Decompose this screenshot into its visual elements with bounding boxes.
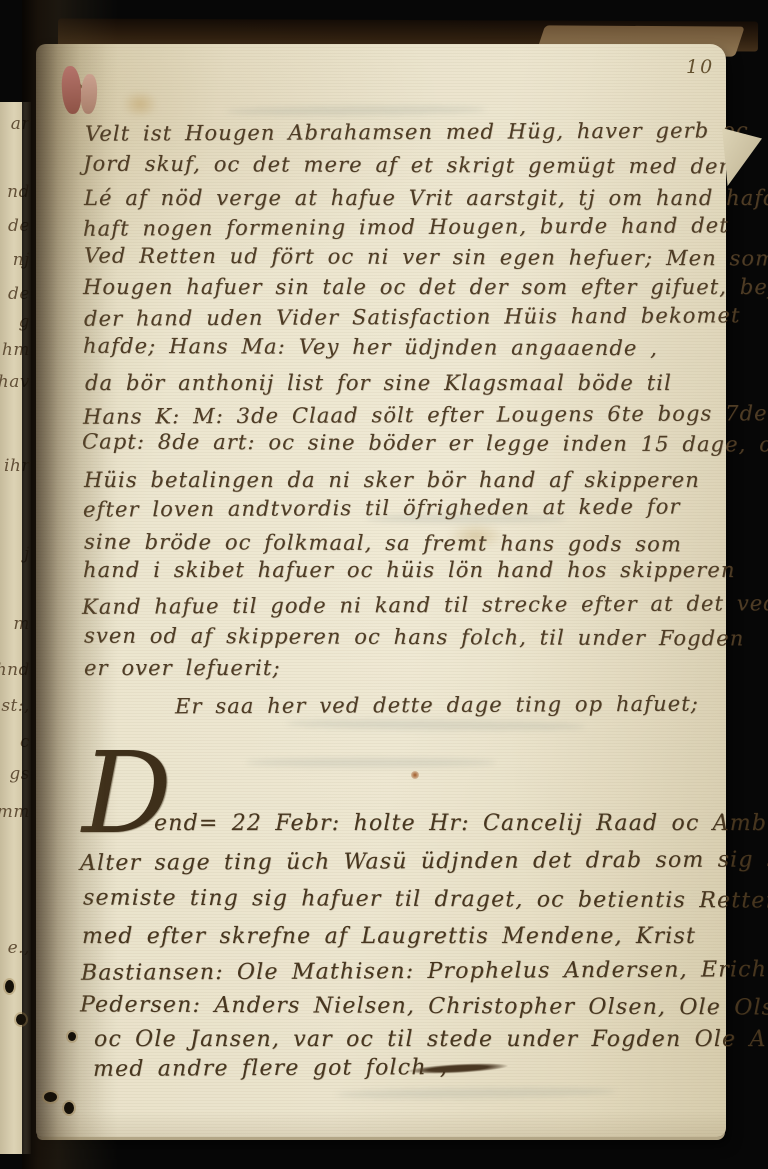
manuscript-line: sven od af skipperen oc hans folch, til … bbox=[84, 625, 744, 651]
manuscript-line: da bör anthonij list for sine Klagsmaal … bbox=[85, 372, 672, 395]
manuscript-line: Kand hafue til gode ni kand til strecke … bbox=[82, 592, 768, 619]
page-number: 10 bbox=[686, 58, 714, 77]
margin-fragment: hnd bbox=[0, 662, 30, 679]
manuscript-line: er over lefuerit; bbox=[84, 657, 281, 680]
manuscript-line: efter loven andtvordis til öfrigheden at… bbox=[83, 495, 681, 521]
manuscript-line: Lé af nöd verge at hafue Vrit aarstgit, … bbox=[84, 187, 768, 210]
wormhole bbox=[5, 980, 14, 993]
wormhole bbox=[68, 1032, 76, 1041]
margin-fragment: ihr bbox=[4, 458, 30, 475]
manuscript-line: Alter sage ting üch Wasü üdjnden det dra… bbox=[80, 848, 768, 876]
margin-fragment: st:, bbox=[1, 698, 30, 715]
margin-fragment: m bbox=[13, 616, 30, 633]
margin-fragment: de bbox=[8, 218, 30, 235]
manuscript-line: oc Ole Jansen, var oc til stede under Fo… bbox=[94, 1028, 768, 1052]
manuscript-line: Hans K: M: 3de Claad sölt efter Lougens … bbox=[83, 402, 768, 429]
manuscript-line: semiste ting sig hafuer til draget, oc b… bbox=[83, 886, 768, 913]
margin-fragment: gs bbox=[9, 766, 30, 783]
page-corner-curl bbox=[722, 128, 762, 186]
foxing-spot bbox=[411, 771, 419, 779]
manuscript-line: Bastiansen: Ole Mathisen: Prophelus Ande… bbox=[81, 958, 767, 986]
margin-fragment: nd bbox=[7, 184, 30, 201]
manuscript-line: Hougen hafuer sin tale oc det der som ef… bbox=[83, 276, 768, 299]
show-through bbox=[286, 718, 586, 731]
manuscript-line: sine bröde oc folkmaal, sa fremt hans go… bbox=[84, 531, 682, 557]
paper-stain bbox=[122, 90, 158, 118]
scanned-manuscript: ar nd de nj de g hm hav ihr j m hnd st:,… bbox=[0, 0, 768, 1169]
margin-fragment: nj bbox=[13, 252, 30, 269]
margin-fragment: c bbox=[20, 734, 30, 751]
manuscript-line: haft nogen formening imod Hougen, burde … bbox=[83, 214, 729, 240]
margin-fragment: ar bbox=[11, 116, 30, 133]
closing-line: Er saa her ved dette dage ting op hafuet… bbox=[175, 693, 699, 719]
manuscript-line: med andre flere got folch , bbox=[93, 1056, 448, 1082]
manuscript-line: Ved Retten ud fört oc ni ver sin egen he… bbox=[84, 244, 768, 270]
facing-page-edge: ar nd de nj de g hm hav ihr j m hnd st:,… bbox=[0, 102, 31, 1154]
show-through bbox=[246, 758, 496, 767]
manuscript-line: Hüis betalingen da ni sker bör hand af s… bbox=[84, 469, 700, 492]
show-through bbox=[336, 1086, 616, 1099]
margin-fragment: de bbox=[8, 286, 30, 303]
manuscript-line: hafde; Hans Ma: Vey her üdjnden angaaend… bbox=[83, 335, 658, 361]
manuscript-line: Velt ist Hougen Abrahamsen med Hüg, have… bbox=[85, 119, 749, 146]
margin-fragment: e., bbox=[8, 940, 30, 957]
manuscript-line: Jord skuf, oc det mere af et skrigt gemü… bbox=[83, 153, 733, 179]
manuscript-page: 10 Velt ist Hougen Abrahamsen med Hüg, h… bbox=[36, 44, 726, 1137]
manuscript-line: Pedersen: Anders Nielsen, Christopher Ol… bbox=[80, 993, 768, 1020]
margin-fragment: mm bbox=[0, 804, 30, 821]
margin-fragment: j bbox=[24, 546, 30, 563]
wormhole bbox=[64, 1102, 74, 1114]
margin-fragment: hm bbox=[2, 342, 30, 359]
wormhole bbox=[44, 1092, 57, 1102]
show-through bbox=[226, 105, 486, 116]
margin-fragment: hav bbox=[0, 374, 30, 391]
manuscript-line: end= 22 Febr: holte Hr: Cancelij Raad oc… bbox=[154, 812, 768, 836]
manuscript-line: med efter skrefne af Laugrettis Mendene,… bbox=[82, 925, 696, 949]
wormhole bbox=[16, 1014, 26, 1025]
manuscript-line: hand i skibet hafuer oc hüis lön hand ho… bbox=[83, 559, 736, 582]
manuscript-line: Capt: 8de art: oc sine böder er legge in… bbox=[82, 430, 768, 456]
manuscript-line: der hand uden Vider Satisfaction Hüis ha… bbox=[84, 304, 741, 331]
margin-fragment: g bbox=[19, 314, 30, 331]
